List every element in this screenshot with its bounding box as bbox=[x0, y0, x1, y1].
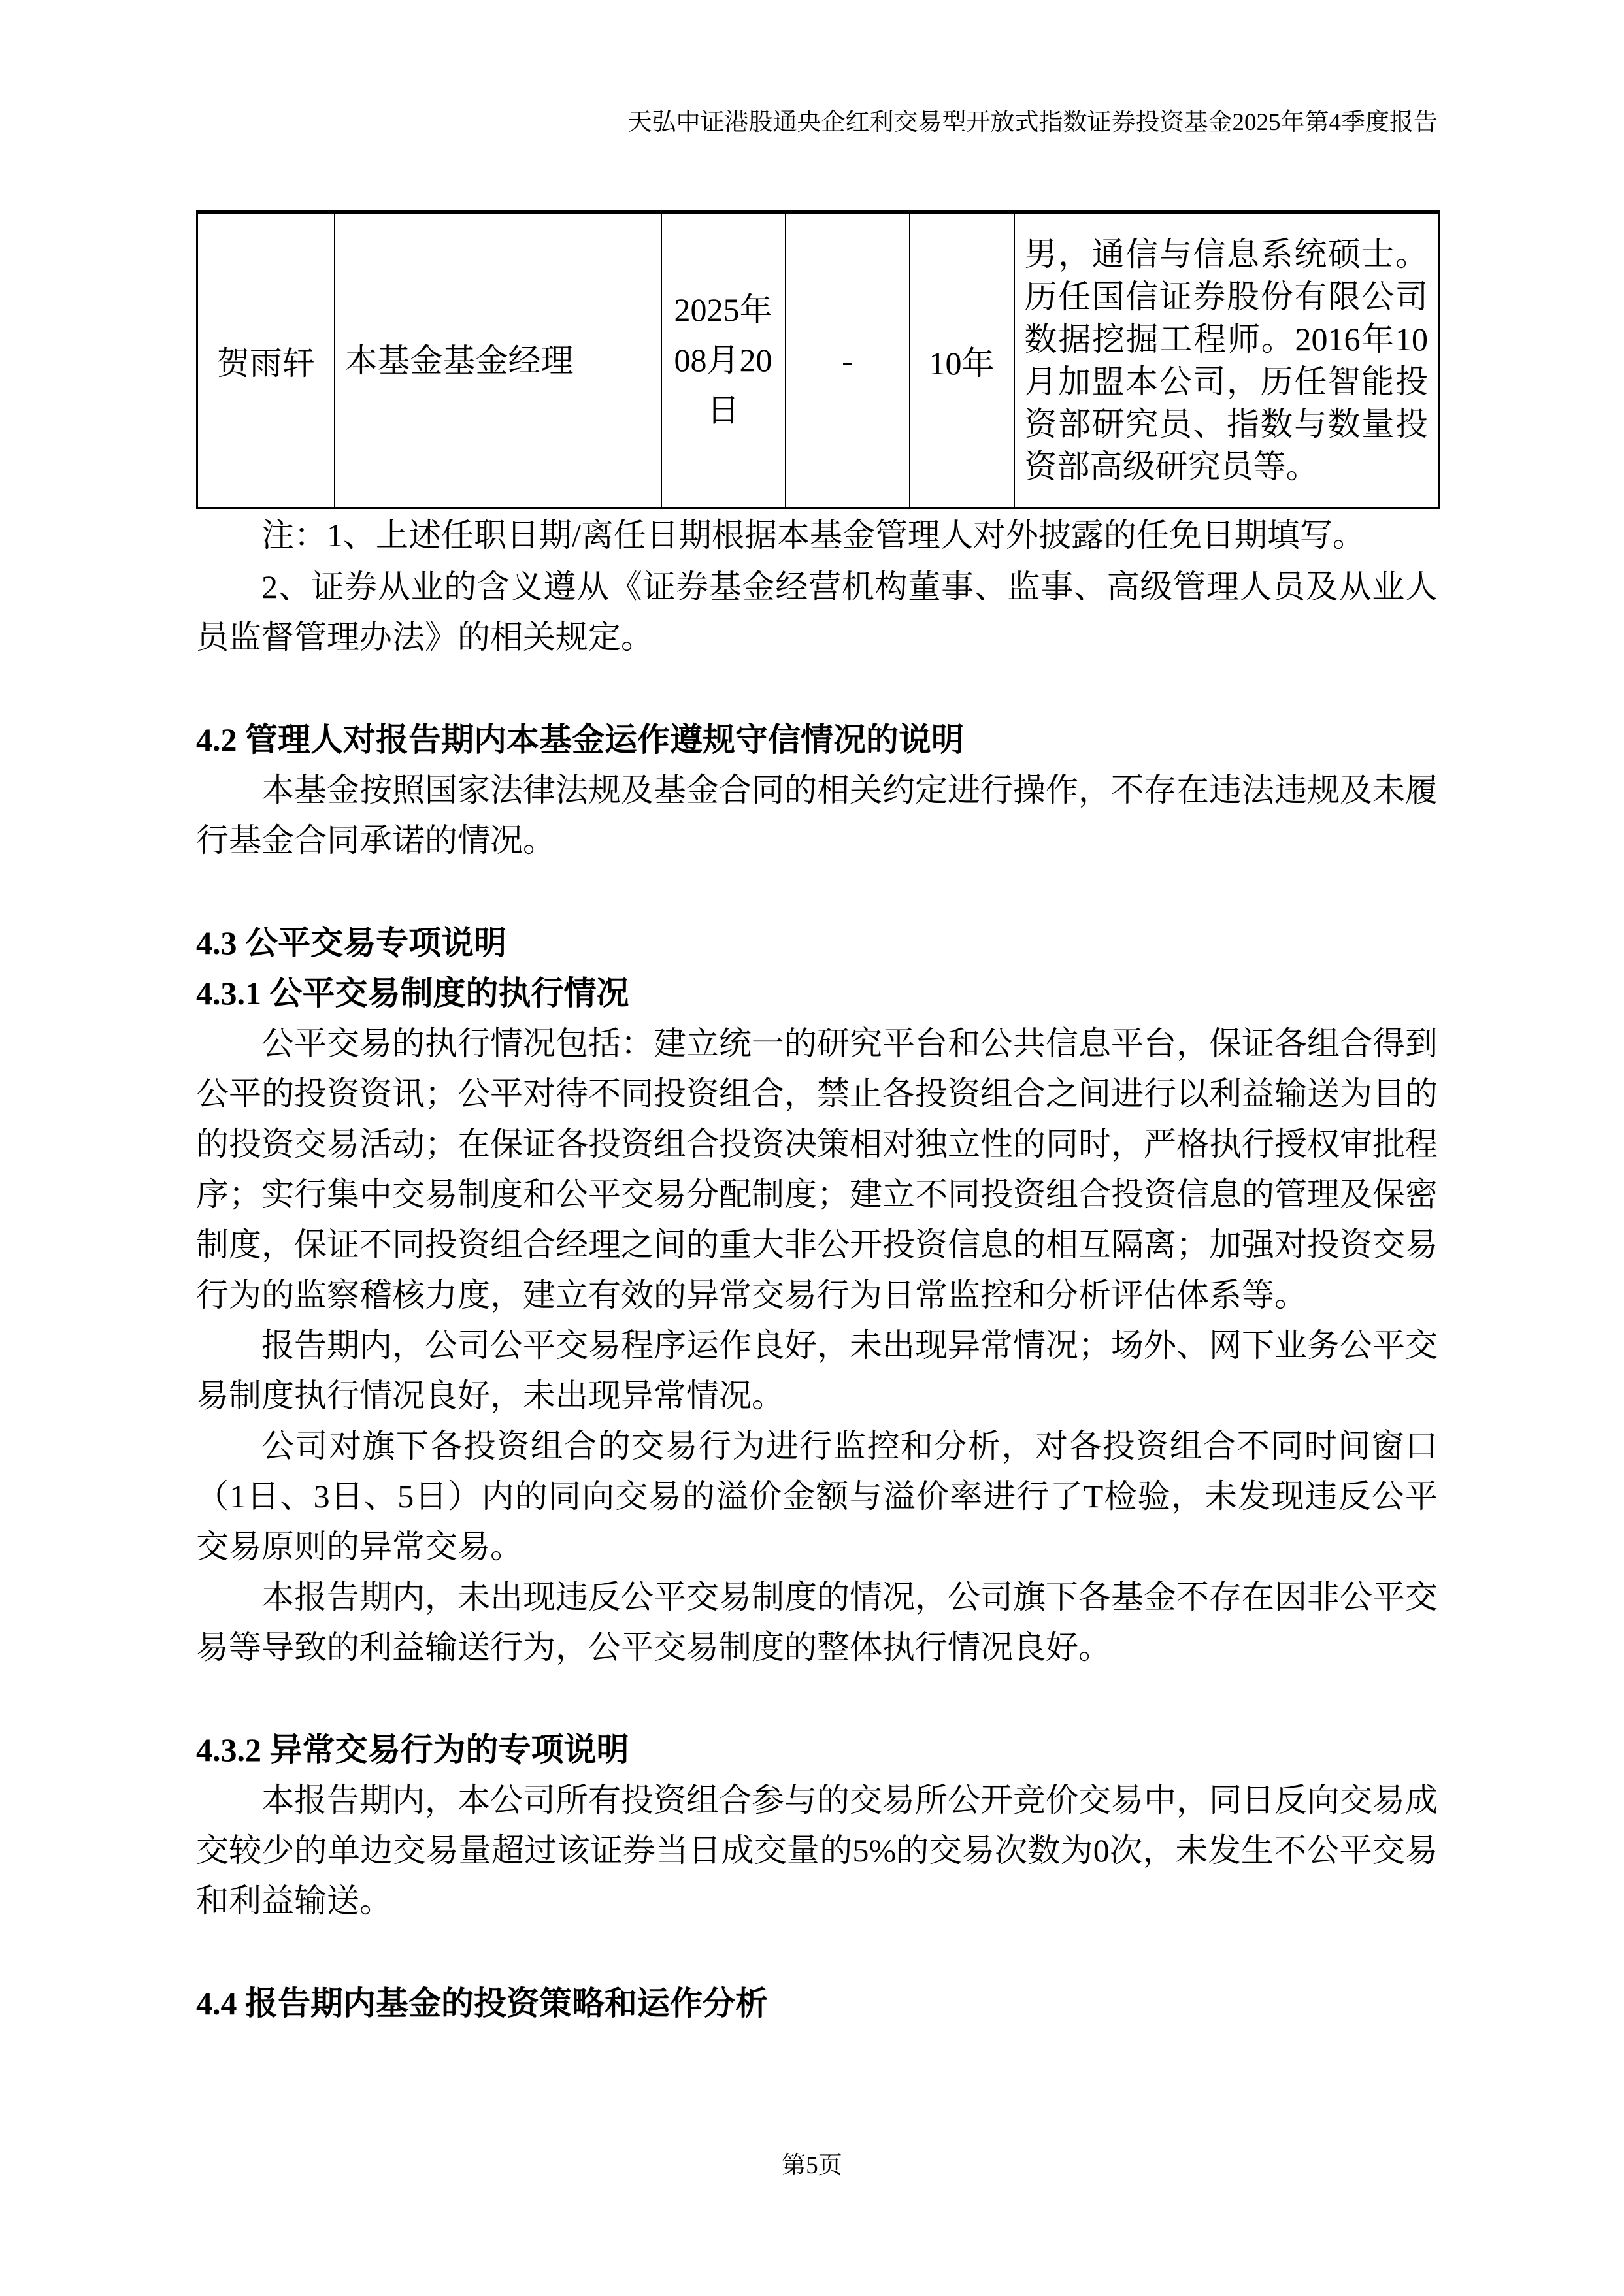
manager-bio-cell: 男，通信与信息系统硕士。历任国信证券股份有限公司数据挖掘工程师。2016年10月… bbox=[1014, 212, 1439, 508]
section-heading-4-4: 4.4 报告期内基金的投资策略和运作分析 bbox=[196, 1978, 1438, 2029]
page-footer: 第5页 bbox=[0, 2152, 1624, 2180]
page-number: 第5页 bbox=[782, 2152, 842, 2179]
section-4-3-1-paragraph-2: 报告期内，公司公平交易程序运作良好，未出现异常情况；场外、网下业务公平交易制度执… bbox=[196, 1320, 1438, 1421]
section-4-3-1-paragraph-3: 公司对旗下各投资组合的交易行为进行监控和分析，对各投资组合不同时间窗口（1日、3… bbox=[196, 1421, 1438, 1572]
section-4-3-1-paragraph-4: 本报告期内，未出现违反公平交易制度的情况，公司旗下各基金不存在因非公平交易等导致… bbox=[196, 1572, 1438, 1673]
table-note-1: 注：1、上述任职日期/离任日期根据本基金管理人对外披露的任免日期填写。 bbox=[196, 510, 1438, 561]
fund-manager-table: 贺雨轩 本基金基金经理 2025年08月20日 - 10年 男，通信与信息系统硕… bbox=[196, 210, 1440, 509]
report-page: 天弘中证港股通央企红利交易型开放式指数证券投资基金2025年第4季度报告 贺雨轩… bbox=[0, 0, 1624, 2296]
table-note-2: 2、证券从业的含义遵从《证券基金经营机构董事、监事、高级管理人员及从业人员监督管… bbox=[196, 562, 1438, 663]
section-4-2-paragraph: 本基金按照国家法律法规及基金合同的相关约定进行操作，不存在违法违规及未履行基金合… bbox=[196, 765, 1438, 866]
manager-start-date-cell: 2025年08月20日 bbox=[661, 212, 786, 508]
section-4-3-1-paragraph-1: 公平交易的执行情况包括：建立统一的研究平台和公共信息平台，保证各组合得到公平的投… bbox=[196, 1019, 1438, 1320]
section-heading-4-3-2: 4.3.2 异常交易行为的专项说明 bbox=[196, 1725, 1438, 1775]
section-heading-4-3-1: 4.3.1 公平交易制度的执行情况 bbox=[196, 968, 1438, 1019]
page-header-title: 天弘中证港股通央企红利交易型开放式指数证券投资基金2025年第4季度报告 bbox=[196, 108, 1438, 137]
manager-end-date-cell: - bbox=[786, 212, 910, 508]
section-4-3-2-paragraph: 本报告期内，本公司所有投资组合参与的交易所公开竞价交易中，同日反向交易成交较少的… bbox=[196, 1775, 1438, 1926]
section-heading-4-2: 4.2 管理人对报告期内本基金运作遵规守信情况的说明 bbox=[196, 715, 1438, 765]
manager-tenure-cell: 10年 bbox=[910, 212, 1014, 508]
page-content: 贺雨轩 本基金基金经理 2025年08月20日 - 10年 男，通信与信息系统硕… bbox=[196, 210, 1438, 2029]
manager-name-cell: 贺雨轩 bbox=[197, 212, 335, 508]
section-heading-4-3: 4.3 公平交易专项说明 bbox=[196, 918, 1438, 968]
manager-position-cell: 本基金基金经理 bbox=[335, 212, 661, 508]
table-row: 贺雨轩 本基金基金经理 2025年08月20日 - 10年 男，通信与信息系统硕… bbox=[197, 212, 1439, 508]
